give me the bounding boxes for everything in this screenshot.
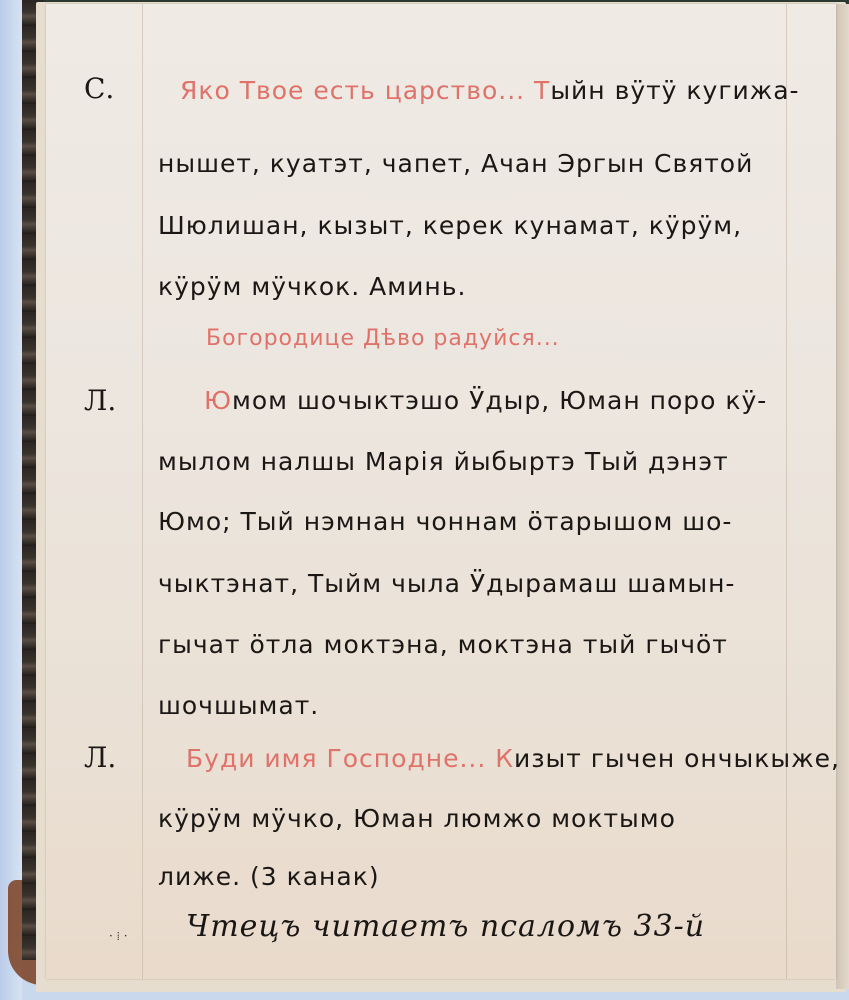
section-marker: Л. <box>84 741 116 774</box>
right-margin-rule <box>786 4 787 979</box>
section-marker: Л. <box>84 384 116 417</box>
rubric-initial: Ю <box>204 386 232 415</box>
body-text: мом шочыктэшо Ӱдыр, Юман поро кӱ- <box>232 386 767 415</box>
body-text: ыйн вÿтӱ кугижа- <box>550 76 799 105</box>
text-line: кӱрӱм мӱчкок. Аминь. <box>158 272 466 301</box>
rubric-text: Яко Твое есть царство... Т <box>180 76 550 105</box>
background-left <box>0 0 22 1000</box>
text-line: Буди имя Господне... Кизыт гычен ончыкыж… <box>186 744 840 773</box>
footer-note: Чтецъ читаетъ псаломъ 33-й <box>186 909 705 944</box>
rubric-text: Буди имя Господне... К <box>186 744 514 773</box>
section-marker: С. <box>84 72 114 105</box>
rubric-heading: Богородице Дѣво радуйся... <box>206 326 560 351</box>
text-line: кӱрӱм мӱчко, Юман люмжо моктымо <box>158 804 676 833</box>
text-line: лиже. (3 канак) <box>158 862 380 891</box>
page-right-edge <box>836 4 849 989</box>
text-line: шочшымат. <box>158 691 319 720</box>
text-line: Шюлишан, кызыт, керек кунамат, кӱрӱм, <box>158 211 742 240</box>
text-line: мылом налшы Марія йыбыртэ Тый дэнэт <box>158 447 729 476</box>
text-line: гычат ӧтла моктэна, моктэна тый гычӧт <box>158 630 728 659</box>
text-line: нышет, куатэт, чапет, Ачан Эргын Святой <box>158 149 753 178</box>
text-line: Юмом шочыктэшо Ӱдыр, Юман поро кӱ- <box>204 386 767 415</box>
body-text: изыт гычен ончыкыже, <box>514 744 840 773</box>
text-line: Яко Твое есть царство... Тыйн вÿтӱ кугиж… <box>180 76 800 105</box>
text-line: Юмо; Тый нэмнан чоннам ӧтарышом шо- <box>158 507 732 536</box>
margin-rule <box>142 4 143 979</box>
ink-specks: · ⁞ · <box>109 929 128 944</box>
manuscript-page: С. Яко Твое есть царство... Тыйн вÿтӱ ку… <box>46 4 836 979</box>
text-line: чыктэнат, Тыйм чыла Ӱдырамаш шамын- <box>158 569 735 598</box>
